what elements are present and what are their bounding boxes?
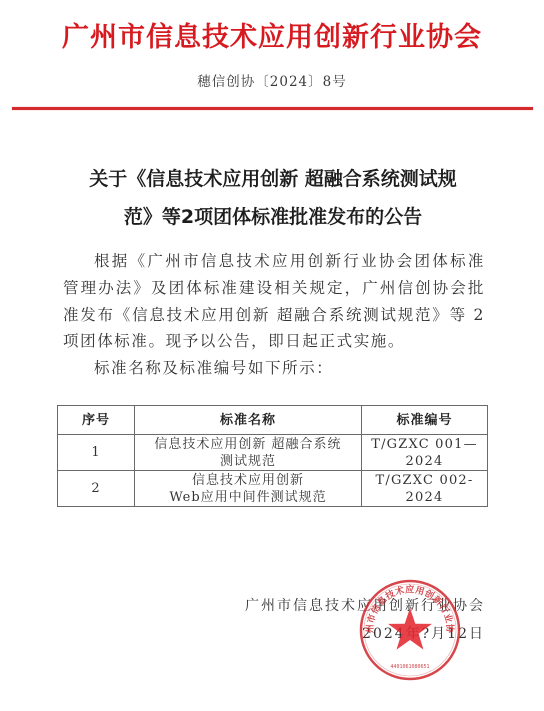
header-name: 标准名称: [135, 406, 362, 435]
doc-number: 穗信创协〔2024〕8号: [0, 73, 544, 91]
table-header-row: 序号 标准名称 标准编号: [58, 406, 488, 435]
header-no: 序号: [58, 406, 135, 435]
org-header: 广州市信息技术应用创新行业协会: [0, 20, 544, 56]
cell-name-line-1: 信息技术应用创新 超融合系统: [139, 436, 357, 453]
cell-code: T/GZXC 002-2024: [362, 471, 488, 507]
cell-name-line-2: Web应用中间件测试规范: [139, 489, 357, 506]
red-divider: [12, 107, 533, 110]
body-paragraph-2: 标准名称及标准编号如下所示：: [63, 355, 485, 382]
table-row: 1 信息技术应用创新 超融合系统 测试规范 T/GZXC 001—2024: [58, 435, 488, 471]
standards-table: 序号 标准名称 标准编号 1 信息技术应用创新 超融合系统 测试规范 T/GZX…: [57, 405, 488, 507]
seal-code-text: 4401061080651: [390, 664, 429, 670]
cell-name: 信息技术应用创新 Web应用中间件测试规范: [135, 471, 362, 507]
cell-code: T/GZXC 001—2024: [362, 435, 488, 471]
table-row: 2 信息技术应用创新 Web应用中间件测试规范 T/GZXC 002-2024: [58, 471, 488, 507]
subject-line-1: 关于《信息技术应用创新 超融合系统测试规: [58, 160, 488, 198]
cell-name-line-2: 测试规范: [139, 453, 357, 470]
cell-name-line-1: 信息技术应用创新: [139, 472, 357, 489]
announcement-subject: 关于《信息技术应用创新 超融合系统测试规 范》等2项团体标准批准发布的公告: [58, 160, 488, 236]
announcement-body: 根据《广州市信息技术应用创新行业协会团体标准管理办法》及团体标准建设相关规定，广…: [63, 248, 485, 382]
cell-name: 信息技术应用创新 超融合系统 测试规范: [135, 435, 362, 471]
red-star-seal-icon: 广州市信息技术应用创新行业协会 4401061080651: [358, 578, 462, 682]
body-paragraph-1: 根据《广州市信息技术应用创新行业协会团体标准管理办法》及团体标准建设相关规定，广…: [63, 248, 485, 355]
cell-no: 2: [58, 471, 135, 507]
subject-line-2: 范》等2项团体标准批准发布的公告: [58, 198, 488, 236]
header-code: 标准编号: [362, 406, 488, 435]
cell-no: 1: [58, 435, 135, 471]
